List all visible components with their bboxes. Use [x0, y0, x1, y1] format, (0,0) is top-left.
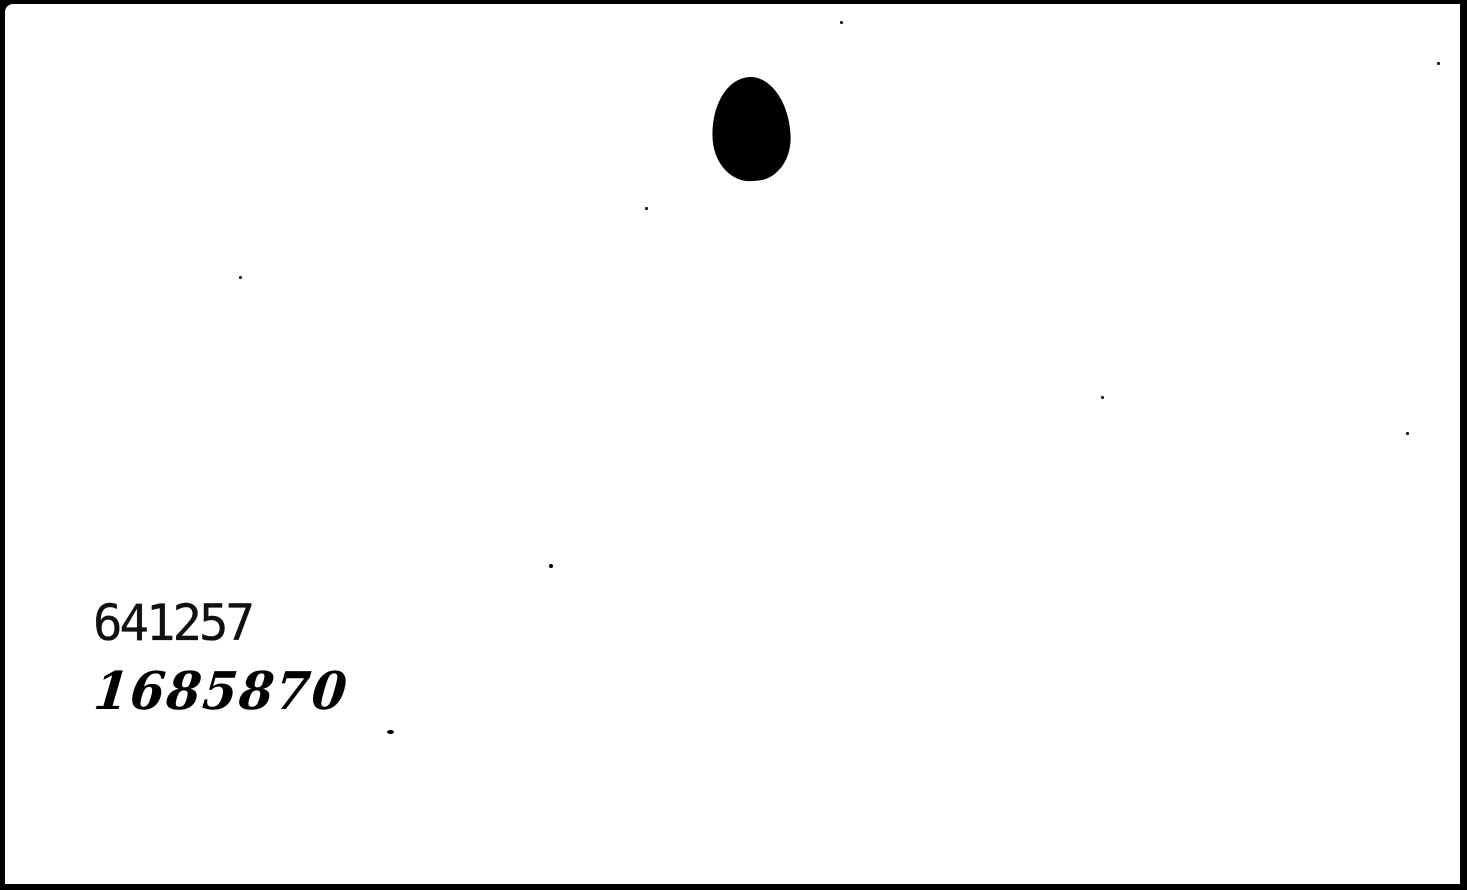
speck — [1406, 432, 1409, 435]
speck — [645, 207, 648, 210]
handwritten-catalog-number: 1685870 — [92, 666, 351, 718]
punch-hole — [708, 74, 793, 183]
speck — [1101, 396, 1104, 399]
speck — [239, 276, 242, 279]
index-card: 641257 1685870 — [5, 4, 1460, 884]
speck — [549, 564, 553, 568]
speck — [1437, 62, 1440, 65]
typed-catalog-number: 641257 — [93, 598, 252, 648]
speck — [387, 730, 394, 734]
speck — [840, 21, 843, 24]
